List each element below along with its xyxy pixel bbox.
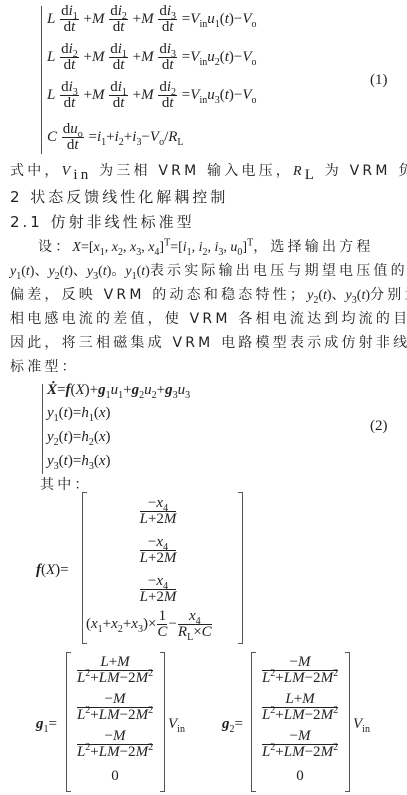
- para-line-1: 设：X=[x1, x2, x3, x4]T=[i1, i2, i3, u0]T，…: [38, 236, 374, 256]
- g2-label: g2=: [222, 716, 243, 733]
- fx-row-3: −x4L+2M: [128, 574, 188, 605]
- equation-number-1: (1): [370, 72, 388, 89]
- eq2-row-2: y1(t)=h1(x): [47, 405, 110, 422]
- eq1-row-2: L di2dt +M di1dt +M di3dt =Vinu2(t)−Vo: [47, 42, 257, 73]
- para-line-2: y1(t)、y2(t)、y3(t)。y1(t)表示实际输出电压与期望电压值的: [10, 260, 407, 280]
- eq1-row-1: L di1dt +M di2dt +M di3dt =Vinu1(t)−Vo: [47, 4, 257, 35]
- eq2-row-1: Ẋ=f(X)+g1u1+g2u2+g3u3: [47, 382, 190, 399]
- fx-label: f(X)=: [36, 562, 69, 579]
- g1-label: g1=: [36, 716, 57, 733]
- fx-row-2: −x4L+2M: [128, 535, 188, 566]
- section-heading-2-1: 2.1 仿射非线性标准型: [10, 211, 195, 232]
- where-line: 式中，Vin 为三相 VRM 输入电压，RL 为 VRM 负载电阻。: [10, 160, 407, 180]
- para-line-6: 标准型：: [10, 356, 79, 376]
- g1-row-2: −ML2+LM−2M2: [70, 692, 160, 723]
- g2-suffix: Vin: [353, 716, 370, 733]
- g1-row-4: 0: [70, 768, 160, 785]
- right-bracket: [345, 652, 350, 792]
- g2-row-2: L+ML2+LM−2M2: [255, 692, 345, 723]
- g2-row-4: 0: [255, 768, 345, 785]
- eq2-row-4: y3(t)=h3(x): [47, 453, 110, 470]
- left-brace: [42, 384, 43, 474]
- g1-row-3: −ML2+LM−2M2: [70, 729, 160, 760]
- para-line-5: 因此，将三相磁集成 VRM 电路模型表示成仿射非线性: [10, 332, 407, 352]
- equation-number-2: (2): [370, 418, 388, 435]
- left-brace: [41, 6, 42, 154]
- g2-row-3: −ML2+LM−2M2: [255, 729, 345, 760]
- eq1-row-4: C duodt =i1+i2+i3−Vo/RL: [47, 122, 184, 153]
- g2-row-1: −ML2+LM−2M2: [255, 655, 345, 686]
- eq2-row-3: y2(t)=h2(x): [47, 429, 110, 446]
- where-label: 其中：: [40, 474, 92, 494]
- eq1-row-3: L di3dt +M di1dt +M di2dt =Vinu3(t)−Vo: [47, 80, 257, 111]
- para-line-4: 相电感电流的差值，使 VRM 各相电流达到均流的目的。: [10, 308, 407, 328]
- right-bracket: [160, 652, 165, 792]
- fx-row-1: −x4L+2M: [128, 496, 188, 527]
- g1-row-1: L+ML2+LM−2M2: [70, 655, 160, 686]
- para-line-3: 偏差，反映 VRM 的动态和稳态特性；y2(t)、y3(t)分别为两: [10, 284, 407, 304]
- fx-row-4: (x1+x2+x3)×1C−x4RL×C: [86, 609, 213, 640]
- right-bracket: [238, 492, 243, 644]
- g1-suffix: Vin: [168, 716, 185, 733]
- section-heading-2: 2 状态反馈线性化解耦控制: [10, 186, 228, 207]
